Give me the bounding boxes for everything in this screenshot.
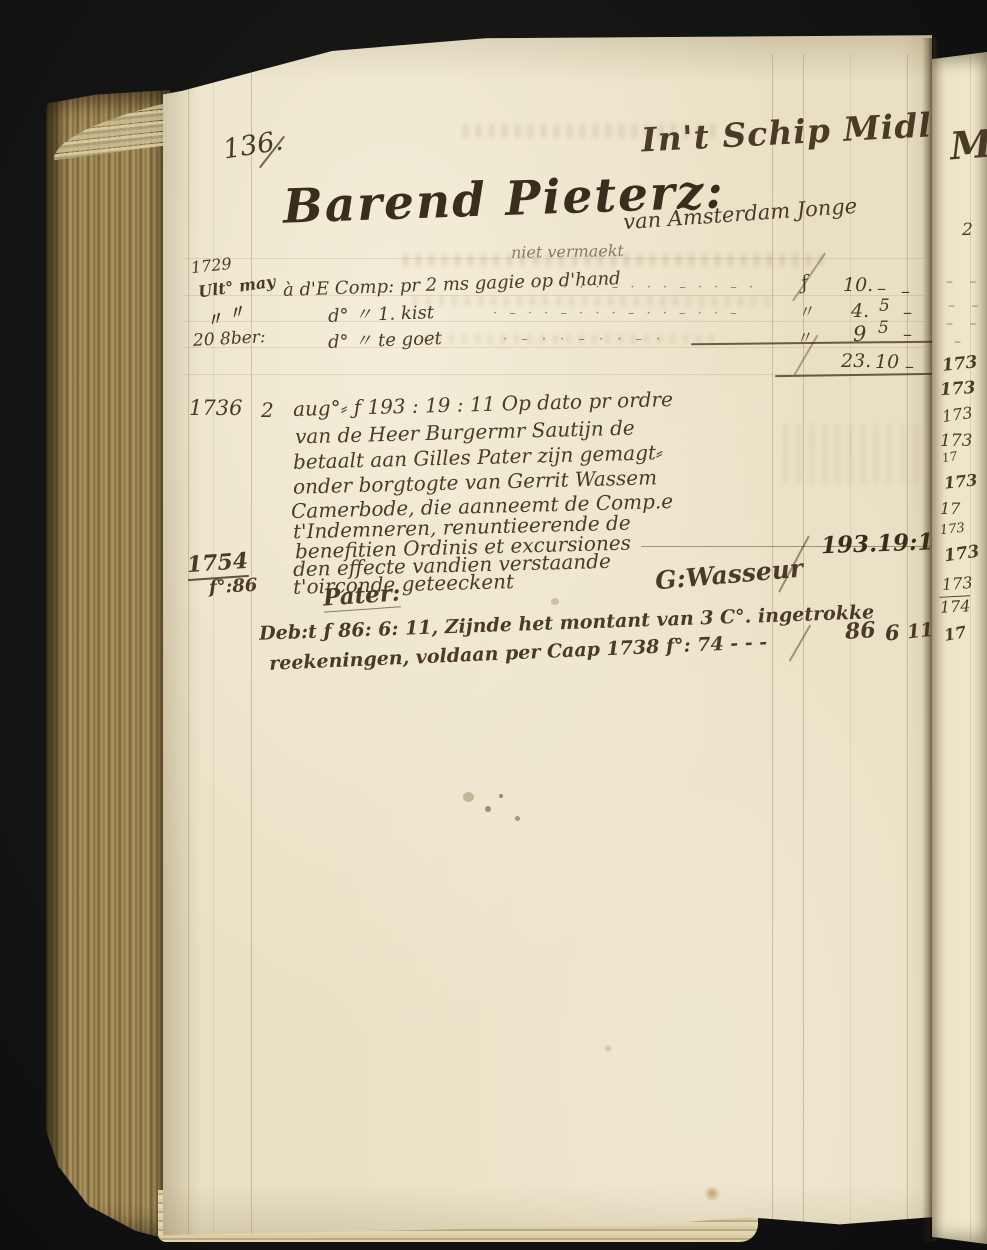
strike-line xyxy=(641,546,931,547)
facing-year: 17 xyxy=(940,499,960,518)
margin-day: 2 xyxy=(261,398,274,422)
facing-dashes: – – xyxy=(946,316,982,332)
foxing-spot xyxy=(703,1186,721,1201)
foxing-spot xyxy=(463,792,474,802)
total-stuivers: 10 xyxy=(875,351,899,373)
facing-page-edge: M 2 – – – – – – – 173 173 173 173 17 173… xyxy=(932,52,987,1244)
foxing-spot xyxy=(551,598,559,605)
ruled-line xyxy=(188,64,189,1239)
book-fore-edge xyxy=(46,90,170,1240)
total-guilders: 23. xyxy=(841,350,871,372)
facing-year: 173 xyxy=(939,378,976,400)
ink-show-through xyxy=(423,334,723,344)
facing-year: 174 xyxy=(940,596,971,617)
ink-show-through xyxy=(403,254,823,266)
ledger-left-page: 136. In't Schip Midlo. Barend Pieterz: v… xyxy=(163,34,932,1245)
debit-amount-guilders: 86 xyxy=(844,617,876,645)
entry-date: 〃 〃 xyxy=(202,296,248,332)
facing-dashes: – – xyxy=(946,274,982,290)
manuscript-photo: 136. In't Schip Midlo. Barend Pieterz: v… xyxy=(0,0,987,1250)
facing-year: 173 xyxy=(940,431,972,451)
margin-year-1729: 1729 xyxy=(190,254,232,277)
ruled-line xyxy=(772,54,773,1239)
ditto-mark: 〃 xyxy=(795,297,816,325)
facing-year: 173 xyxy=(941,352,978,376)
ink-show-through xyxy=(463,124,723,138)
facing-year: 173 xyxy=(941,573,973,594)
margin-year-1736: 1736 xyxy=(189,396,242,420)
leader-dots: · · · – · · · – · · – · xyxy=(563,280,757,295)
ruled-line xyxy=(251,64,252,1239)
foxing-spot xyxy=(515,816,520,821)
amount-guilders: 4. xyxy=(851,300,869,322)
foxing-spot xyxy=(499,794,503,798)
ink-show-through xyxy=(413,296,773,306)
ink-show-through xyxy=(783,424,923,484)
facing-dashes: – – xyxy=(948,298,984,314)
ruled-line xyxy=(850,54,851,1239)
facing-header-partial: M xyxy=(948,121,987,169)
facing-number: 2 xyxy=(962,220,973,240)
counterparty-heading: Pater: xyxy=(322,579,401,612)
amount-guilders: 10. xyxy=(843,274,873,296)
facing-year: 17 xyxy=(943,622,968,645)
foxing-spot xyxy=(603,1044,613,1053)
flourish-slash xyxy=(789,624,812,661)
ruled-line xyxy=(213,64,214,1239)
foxing-spot xyxy=(485,806,491,812)
facing-year: 173 xyxy=(941,403,974,426)
amount-penningen: – xyxy=(901,281,910,302)
ruled-line xyxy=(907,54,908,1239)
facing-year: 173 xyxy=(943,542,981,567)
amount-stuivers: 5 xyxy=(878,318,889,338)
amount-penningen: – xyxy=(903,302,912,323)
entry-date: 20 8ber: xyxy=(193,327,267,351)
ruled-line xyxy=(803,54,804,1239)
margin-folio-ref: f°:86 xyxy=(208,575,257,599)
amount-stuivers: 5 xyxy=(879,296,890,316)
leader-dots: · – · · – · · · – · · – · · – xyxy=(493,306,741,321)
facing-year: 173 xyxy=(939,521,965,539)
facing-year: 17 xyxy=(941,449,958,465)
debit-amount-stuivers: 6 xyxy=(884,620,900,646)
facing-dashes: – xyxy=(954,334,961,350)
facing-year: 173 xyxy=(943,470,978,492)
